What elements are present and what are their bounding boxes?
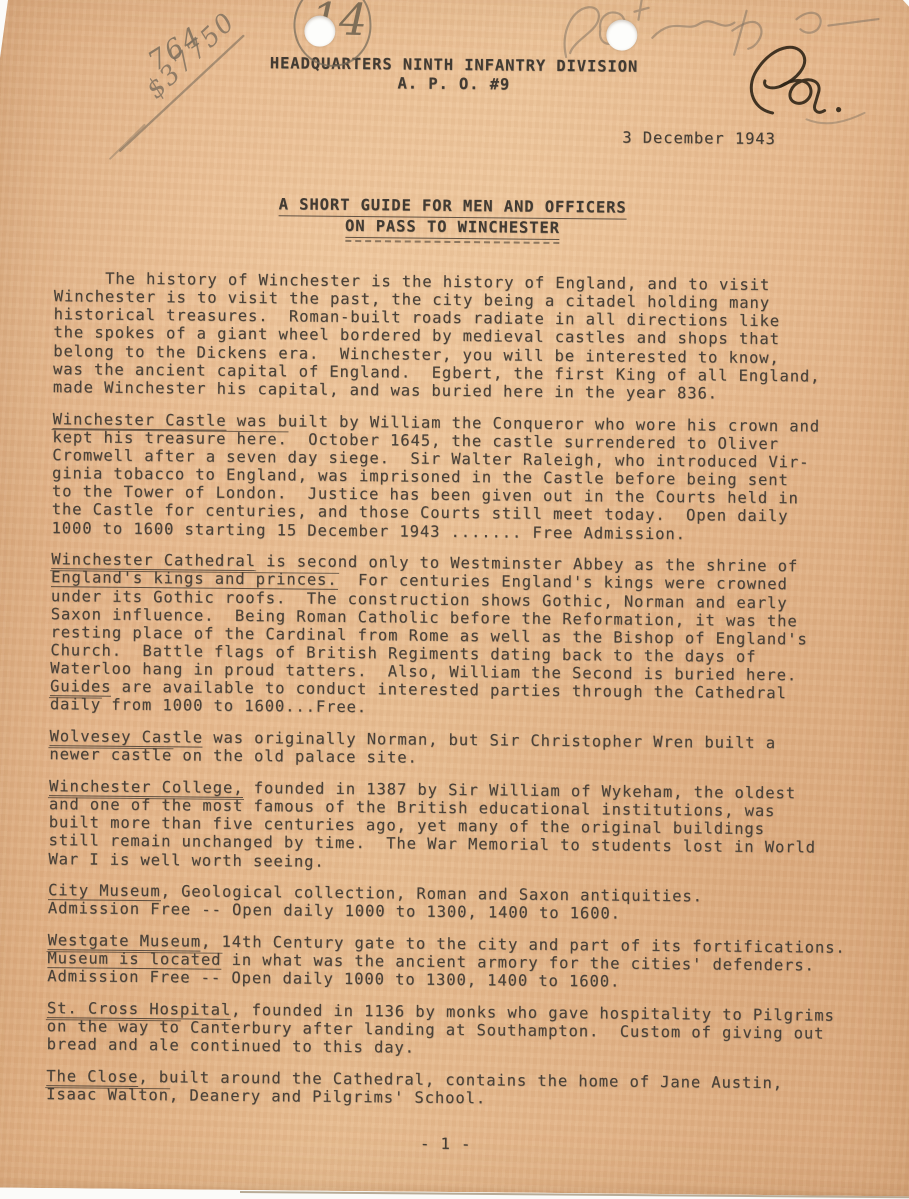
document-title: A SHORT GUIDE FOR MEN AND OFFICERS ON PA… — [66, 193, 838, 246]
text-segment: , Deanery and Pilgrims' School. — [169, 1086, 486, 1107]
underlined-phrase: Isaac Walton — [46, 1085, 169, 1104]
title-line-2: ON PASS TO WINCHESTER — [345, 217, 560, 240]
text-segment: from 1000 to 1600...Free. — [101, 696, 367, 717]
paragraph: Winchester Cathedral is second only to W… — [50, 550, 852, 721]
paper-sheet: 14 764 $37750 60th Pep. HEADQUARTERS N — [0, 0, 909, 1196]
title-line-1: A SHORT GUIDE FOR MEN AND OFFICERS — [279, 195, 627, 219]
underlined-phrase: newer castle — [49, 745, 172, 764]
underlined-phrase: The Close — [46, 1067, 138, 1087]
ink-signature-icon — [734, 41, 885, 132]
underlined-phrase: England's kings and princes. — [51, 568, 338, 590]
underlined-phrase: kept his treasure here. — [52, 428, 288, 448]
document-body: The history of Winchester is the history… — [46, 269, 854, 1124]
pencil-strike-line — [92, 23, 293, 165]
hole-punch-left — [304, 16, 335, 47]
paragraph: St. Cross Hospital, founded in 1136 by m… — [47, 999, 847, 1061]
paragraph: City Museum, Geological collection, Roma… — [48, 881, 848, 925]
text-segment: bread and ale continued to this day. — [47, 1035, 416, 1057]
text-segment: War I is well worth seeing. — [48, 850, 324, 871]
paragraph: Winchester College, founded in 1387 by S… — [48, 777, 849, 875]
underlined-phrase: City Museum — [48, 881, 161, 901]
paragraph: Westgate Museum, 14th Century gate to th… — [47, 931, 847, 993]
paragraph: Wolvesey Castle was originally Norman, b… — [49, 727, 849, 771]
paragraph: The Close, built around the Cathedral, c… — [46, 1067, 846, 1111]
page-footer: - 1 - — [46, 1131, 846, 1157]
underlined-phrase: daily — [50, 696, 101, 714]
paragraph: The history of Winchester is the history… — [53, 269, 854, 404]
hole-punch-right — [606, 19, 637, 50]
underlined-phrase: Winchester Castle — [53, 410, 227, 431]
title-dashed-underline — [345, 239, 560, 243]
underlined-phrase: on the way to — [47, 1017, 180, 1036]
underlined-phrase: and one of the most — [49, 795, 244, 815]
paragraph: Winchester Castle was built by William t… — [51, 410, 852, 545]
date-line: 3 December 1943 — [622, 129, 776, 148]
page-number: - 1 - — [420, 1135, 471, 1153]
underlined-phrase: Museum is located — [47, 949, 221, 970]
underlined-phrase: Guides — [50, 677, 112, 697]
text-segment: on the old palace site. — [172, 747, 418, 767]
